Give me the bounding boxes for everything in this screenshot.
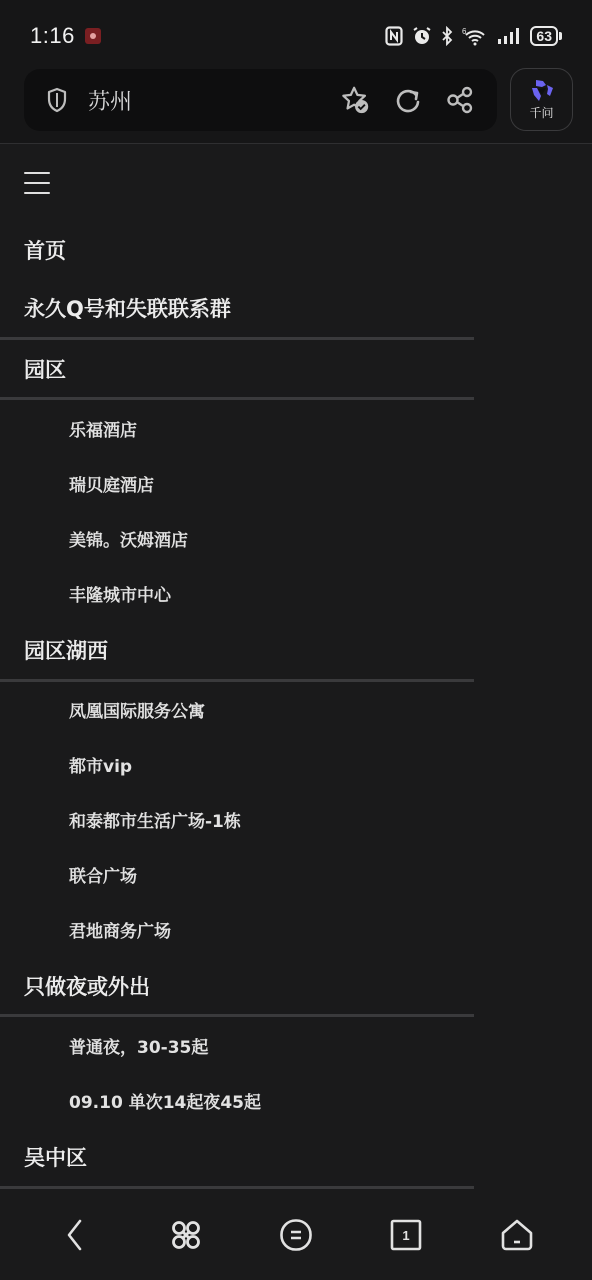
divider [0,679,474,682]
browser-bottom-bar: 1 [0,1190,592,1280]
alarm-icon [412,26,432,46]
nav-item-wuzhong[interactable]: 吴中区 [0,1142,474,1172]
notification-app-icon [85,28,101,44]
url-text[interactable]: 苏州 [88,85,341,116]
status-time: 1:16 [30,23,75,49]
divider [0,1186,474,1189]
tab-count: 1 [403,1228,410,1243]
bluetooth-icon [441,26,453,46]
nav-subitem[interactable]: 丰隆城市中心 [0,581,474,605]
qianwen-assistant-button[interactable]: 千问 [510,68,573,131]
browser-toolbar: 苏州 千问 [0,64,592,144]
address-bar[interactable]: 苏州 [24,69,497,131]
nav-subitem[interactable]: 美锦。沃姆酒店 [0,526,474,550]
status-bar: 1:16 6 63 [0,0,592,64]
battery-icon: 63 [530,26,562,46]
nav-item-home[interactable]: 首页 [0,235,474,265]
tabs-icon[interactable]: 1 [384,1213,428,1257]
nav-subitem[interactable]: 瑞贝庭酒店 [0,471,474,495]
share-icon[interactable] [445,85,475,115]
menu-icon[interactable] [274,1213,318,1257]
nfc-icon [385,26,403,46]
divider [0,337,474,340]
nav-subitem[interactable]: 普通夜，30-35起 [0,1033,474,1057]
hamburger-icon[interactable] [24,172,50,194]
back-icon[interactable] [53,1213,97,1257]
battery-level: 63 [530,26,558,46]
nav-subitem[interactable]: 联合广场 [0,862,474,886]
divider [0,397,474,400]
nav-subitem[interactable]: 和泰都市生活广场-1栋 [0,807,474,831]
home-icon[interactable] [495,1213,539,1257]
shield-icon[interactable] [46,87,68,113]
command-icon[interactable] [164,1213,208,1257]
divider [0,1014,474,1017]
page-content: 首页 永久Q号和失联联系群 园区 乐福酒店 瑞贝庭酒店 美锦。沃姆酒店 丰隆城市… [0,145,592,1190]
wifi-6-icon: 6 [462,26,488,46]
signal-icon [497,27,521,45]
nav-item-night-only[interactable]: 只做夜或外出 [0,971,474,1001]
nav-subitem[interactable]: 君地商务广场 [0,917,474,941]
nav-subitem[interactable]: 都市vip [0,752,474,776]
nav-subitem[interactable]: 乐福酒店 [0,416,474,440]
reload-icon[interactable] [393,85,423,115]
nav-subitem[interactable]: 凤凰国际服务公寓 [0,697,474,721]
qianwen-label: 千问 [529,104,553,121]
nav-item-yuanqu-huxi[interactable]: 园区湖西 [0,635,474,665]
nav-item-contact-group[interactable]: 永久Q号和失联联系群 [0,293,474,323]
nav-subitem[interactable]: 09.10 单次14起夜45起 [0,1088,474,1112]
bookmark-star-check-icon[interactable] [341,85,371,115]
qianwen-logo-icon [529,79,555,103]
nav-item-yuanqu[interactable]: 园区 [0,354,474,384]
